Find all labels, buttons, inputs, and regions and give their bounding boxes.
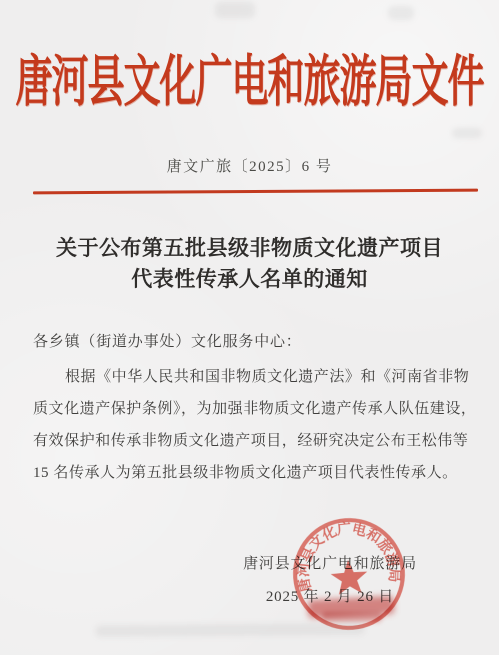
document-number: 唐文广旅〔2025〕6 号 <box>0 155 499 176</box>
body-paragraph: 根据《中华人民共和国非物质文化遗产法》和《河南省非物 质文化遗产保护条例》，为加… <box>33 366 483 494</box>
notice-title-line2: 代表性传承人名单的通知 <box>0 264 499 295</box>
body-line: 质文化遗产保护条例》，为加强非物质文化遗产传承人队伍建设， <box>33 398 483 430</box>
scan-bleedthrough-smudge <box>95 623 365 637</box>
document-page: 唐河县文化广电和旅游局文件 唐文广旅〔2025〕6 号 关于公布第五批县级非物质… <box>0 0 499 655</box>
notice-title: 关于公布第五批县级非物质文化遗产项目 代表性传承人名单的通知 <box>0 233 499 295</box>
scan-smudge <box>452 128 482 138</box>
scan-smudge <box>388 6 414 20</box>
body-line: 有效保护和传承非物质文化遗产项目，经研究决定公布王松伟等 <box>33 430 483 462</box>
seal-star-icon <box>330 559 369 596</box>
agency-header-title: 唐河县文化广电和旅游局文件 <box>0 36 499 117</box>
notice-title-line1: 关于公布第五批县级非物质文化遗产项目 <box>0 233 499 264</box>
seal-bottom-smudge <box>322 612 382 622</box>
body-line: 根据《中华人民共和国非物质文化遗产法》和《河南省非物 <box>33 366 483 398</box>
salutation: 各乡镇（街道办事处）文化服务中心： <box>33 330 302 351</box>
red-divider-line <box>33 189 478 195</box>
scan-smudge <box>215 2 255 18</box>
body-line: 15 名传承人为第五批县级非物质文化遗产项目代表性传承人。 <box>33 462 483 494</box>
